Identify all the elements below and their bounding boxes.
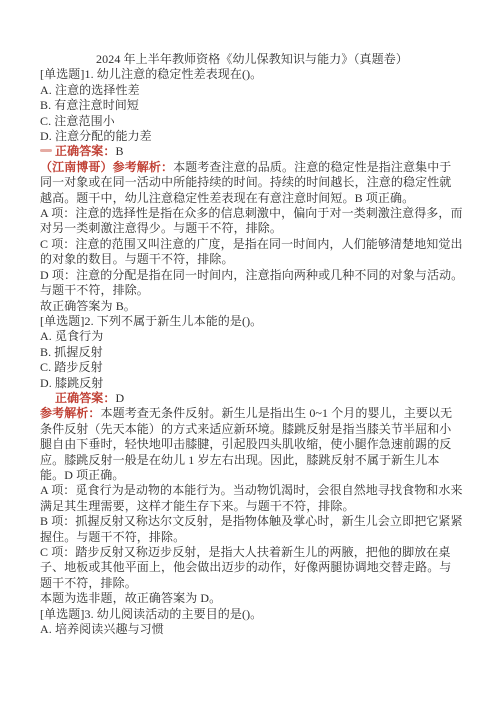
q3-option-a: A. 培养阅读兴趣与习惯 xyxy=(40,622,464,637)
text-segment: D. 膝跳反射 xyxy=(40,376,103,390)
text-segment: 应。膝跳反射一般是在幼儿 1 岁左右出现。因此，膝跳反射不属于新生儿本 xyxy=(40,453,440,467)
text-segment: 子、地板或其他平面上，他会做出迈步的动作，好像两腿协调地交替走路。与 xyxy=(40,560,451,574)
q1-stem: [单选题]1. 幼儿注意的稳定性差表现在()。 xyxy=(40,67,464,82)
q1-option-b: B. 有意注意时间短 xyxy=(40,98,464,113)
text-segment: 本题为选非题，故正确答案为 D。 xyxy=(40,591,221,605)
q1-analysis-3: 越高。题干中，幼儿注意稳定性差表现在有意注意时间短。B 项正确。 xyxy=(40,191,464,206)
text-segment: A. 注意的选择性差 xyxy=(40,83,140,97)
text-segment: C 项：踏步反射又称迈步反射，是指大人扶着新生儿的两腋，把他的脚放在桌 xyxy=(40,545,451,559)
text-segment: 的对象的数目。与题干不符，排除。 xyxy=(40,252,234,266)
q1-option-a: A. 注意的选择性差 xyxy=(40,83,464,98)
document-page: 2024 年上半年教师资格《幼儿保教知识与能力》（真题卷） [单选题]1. 幼儿… xyxy=(0,0,500,707)
red-label: 参考解析： xyxy=(40,406,101,420)
q2-analysis-12: 题干不符，排除。 xyxy=(40,576,464,591)
q2-analysis-1: 参考解析：本题考查无条件反射。新生儿是指出生 0~1 个月的婴儿，主要以无 xyxy=(40,406,464,421)
q1-analysis-4: A 项：注意的选择性是指在众多的信息刺激中，偏向于对一类刺激注意得多，而 xyxy=(40,206,464,221)
text-segment: 握住。与题干不符，排除。 xyxy=(40,530,185,544)
q1-analysis-1: （江南博哥）参考解析：本题考查注意的品质。注意的稳定性是指注意集中于 xyxy=(40,160,464,175)
text-segment: D 项：注意的分配是指在同一时间内，注意指向两种或几种不同的对象与活动。 xyxy=(40,268,463,282)
text-segment: B. 有意注意时间短 xyxy=(40,98,139,112)
text-segment: 与题干不符，排除。 xyxy=(40,283,149,297)
q2-analysis-10: C 项：踏步反射又称迈步反射，是指大人扶着新生儿的两腋，把他的脚放在桌 xyxy=(40,545,464,560)
text-segment: 条件反射（先天本能）的方式来适应新环境。膝跳反射是指当膝关节半屈和小 xyxy=(40,422,451,436)
text-segment: 本题考查无条件反射。新生儿是指出生 0~1 个月的婴儿，主要以无 xyxy=(101,406,453,420)
text-segment: B. 抓握反射 xyxy=(40,345,103,359)
text-segment: 能。D 项正确。 xyxy=(40,468,124,482)
q2-analysis-6: A 项：觅食行为是动物的本能行为。当动物饥渴时，会很自然地寻找食物和水来 xyxy=(40,483,464,498)
red-label: （江南博哥）参考解析： xyxy=(40,160,173,174)
q1-analysis-7: 的对象的数目。与题干不符，排除。 xyxy=(40,252,464,267)
q3-stem: [单选题]3. 幼儿阅读活动的主要目的是()。 xyxy=(40,607,464,622)
text-segment: 满足其生理需要，这样才能生存下来。与题干不符，排除。 xyxy=(40,499,355,513)
q2-analysis-11: 子、地板或其他平面上，他会做出迈步的动作，好像两腿协调地交替走路。与 xyxy=(40,560,464,575)
q2-analysis-3: 腿自由下垂时，轻快地叩击膝腱，引起股四头肌收缩，使小腿作急速前踢的反 xyxy=(40,437,464,452)
text-segment: 故正确答案为 B。 xyxy=(40,299,136,313)
text-segment: A 项：注意的选择性是指在众多的信息刺激中，偏向于对一类刺激注意得多，而 xyxy=(40,206,463,220)
q2-analysis-4: 应。膝跳反射一般是在幼儿 1 岁左右出现。因此，膝跳反射不属于新生儿本 xyxy=(40,453,464,468)
text-segment: A 项：觅食行为是动物的本能行为。当动物饥渴时，会很自然地寻找食物和水来 xyxy=(40,483,463,497)
text-segment: [单选题]2. 下列不属于新生儿本能的是()。 xyxy=(40,314,262,328)
q2-option-c: C. 踏步反射 xyxy=(40,360,464,375)
q1-conclusion: 故正确答案为 B。 xyxy=(40,299,464,314)
q2-analysis-9: 握住。与题干不符，排除。 xyxy=(40,530,464,545)
text-segment: 对另一类刺激注意得少。与题干不符，排除。 xyxy=(40,221,282,235)
text-segment: D xyxy=(116,391,125,405)
q1-analysis-9: 与题干不符，排除。 xyxy=(40,283,464,298)
q2-analysis-7: 满足其生理需要，这样才能生存下来。与题干不符，排除。 xyxy=(40,499,464,514)
q1-option-d: D. 注意分配的能力差 xyxy=(40,129,464,144)
q2-analysis-5: 能。D 项正确。 xyxy=(40,468,464,483)
q2-analysis-8: B 项：抓握反射又称达尔文反射，是指物体触及掌心时，新生儿会立即把它紧紧 xyxy=(40,514,464,529)
q2-stem: [单选题]2. 下列不属于新生儿本能的是()。 xyxy=(40,314,464,329)
red-label: 正确答案： xyxy=(55,391,116,405)
text-segment: D. 注意分配的能力差 xyxy=(40,129,152,143)
q1-analysis-8: D 项：注意的分配是指在同一时间内，注意指向两种或几种不同的对象与活动。 xyxy=(40,268,464,283)
text-segment: [单选题]3. 幼儿阅读活动的主要目的是()。 xyxy=(40,607,262,621)
doc-lines: [单选题]1. 幼儿注意的稳定性差表现在()。A. 注意的选择性差B. 有意注意… xyxy=(40,67,464,637)
text-segment: 本题考查注意的品质。注意的稳定性是指注意集中于 xyxy=(173,160,451,174)
q2-answer: 正确答案：D xyxy=(40,391,464,406)
text-segment: 同一对象或在同一活动中所能持续的时间。持续的时间越长，注意的稳定性就 xyxy=(40,175,451,189)
q2-option-b: B. 抓握反射 xyxy=(40,345,464,360)
q1-analysis-6: C 项：注意的范围又叫注意的广度，是指在同一时间内，人们能够清楚地知觉出 xyxy=(40,237,464,252)
text-segment: B 项：抓握反射又称达尔文反射，是指物体触及掌心时，新生儿会立即把它紧紧 xyxy=(40,514,463,528)
text-segment: C. 踏步反射 xyxy=(40,360,103,374)
text-segment: B xyxy=(116,144,124,158)
red-label: 正确答案： xyxy=(55,144,116,158)
text-segment: A. 培养阅读兴趣与习惯 xyxy=(40,622,164,636)
q1-answer: 正确答案：B xyxy=(40,144,464,159)
q1-analysis-5: 对另一类刺激注意得少。与题干不符，排除。 xyxy=(40,221,464,236)
q2-option-a: A. 觅食行为 xyxy=(40,329,464,344)
text-segment: 题干不符，排除。 xyxy=(40,576,137,590)
q2-conclusion: 本题为选非题，故正确答案为 D。 xyxy=(40,591,464,606)
q1-option-c: C. 注意范围小 xyxy=(40,114,464,129)
q2-option-d: D. 膝跳反射 xyxy=(40,376,464,391)
text-segment: 腿自由下垂时，轻快地叩击膝腱，引起股四头肌收缩，使小腿作急速前踢的反 xyxy=(40,437,451,451)
text-segment: [单选题]1. 幼儿注意的稳定性差表现在()。 xyxy=(40,67,262,81)
text-segment: C. 注意范围小 xyxy=(40,114,115,128)
text-segment: C 项：注意的范围又叫注意的广度，是指在同一时间内，人们能够清楚地知觉出 xyxy=(40,237,463,251)
document-title: 2024 年上半年教师资格《幼儿保教知识与能力》（真题卷） xyxy=(40,52,464,67)
q2-analysis-2: 条件反射（先天本能）的方式来适应新环境。膝跳反射是指当膝关节半屈和小 xyxy=(40,422,464,437)
q1-analysis-2: 同一对象或在同一活动中所能持续的时间。持续的时间越长，注意的稳定性就 xyxy=(40,175,464,190)
text-segment: A. 觅食行为 xyxy=(40,329,103,343)
text-segment: 越高。题干中，幼儿注意稳定性差表现在有意注意时间短。B 项正确。 xyxy=(40,191,414,205)
